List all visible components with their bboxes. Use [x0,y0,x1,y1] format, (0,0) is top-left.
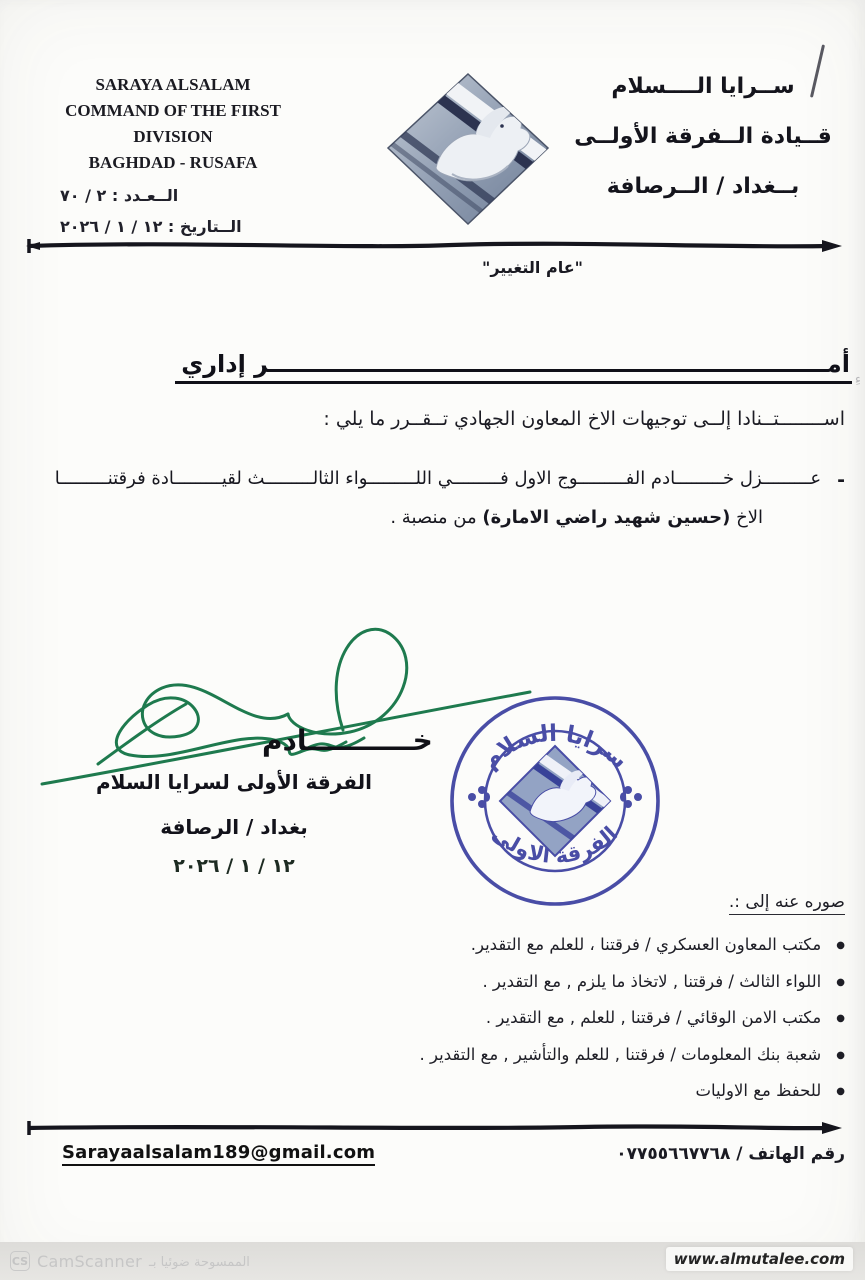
scanned-letter-page: SARAYA ALSALAM COMMAND OF THE FIRST DIVI… [0,0,865,1280]
cc-list: ● مكتب المعاون العسكري / فرقتنا ، للعلم … [120,928,845,1111]
letterhead-line: DIVISION [48,124,298,150]
motto-text: "عام التغيير" [200,258,865,277]
cc-item-text: اللواء الثالث / فرقتنا , لاتخاذ ما يلزم … [482,965,821,999]
order-line-2: الاخ (حسين شهيد راضي الامارة) من منصبة . [22,507,845,528]
letterhead-arabic: ســرايا الــــسلام قــيادة الــفرقة الأو… [560,62,846,212]
order-line-2-prefix: الاخ [730,507,763,528]
email-address: Sarayaalsalam189@gmail.com [62,1142,375,1166]
cc-item-text: مكتب الامن الوقائي / فرقتنا , للعلم , مع… [486,1001,821,1035]
letterhead-line: قــيادة الــفرقة الأولــى [560,112,846,162]
letterhead-line: ســرايا الــــسلام [560,62,846,112]
order-body: - عـــــــــزل خـــــــــادم الفــــــــ… [22,468,845,528]
edge-smudge: ءِ [855,372,861,387]
cc-item: ● اللواء الثالث / فرقتنا , لاتخاذ ما يلز… [120,965,845,1002]
bullet-icon: ● [836,1075,845,1109]
letterhead-line: COMMAND OF THE FIRST [48,98,298,124]
intro-text: اســــــــتــنادا إلــى توجيهات الاخ الم… [100,408,845,430]
dash-bullet-icon: - [837,468,845,491]
signature-date: ١٢ / ١ / ٢٠٢٦ [58,855,410,877]
cc-item: ● مكتب المعاون العسكري / فرقتنا ، للعلم … [120,928,845,965]
scanner-watermark-bar: CS CamScanner الممسوحة ضوئيا بـ www.almu… [0,1242,865,1280]
scanned-with-text: الممسوحة ضوئيا بـ [149,1253,250,1270]
bullet-icon: ● [836,1039,845,1073]
cc-item: ● مكتب الامن الوقائي / فرقتنا , للعلم , … [120,1001,845,1038]
order-line-2-suffix: من منصبة . [390,507,482,528]
order-title: أمــــــــــــــــــــــــــــــــــــــ… [175,350,852,384]
camscanner-logo-icon: CS [10,1251,30,1271]
removed-person-name: (حسين شهيد راضي الامارة) [482,507,730,528]
phone-number: رقم الهاتف / ٠٧٧٥٥٦٦٧٧٦٨ [616,1144,845,1164]
camscanner-name: CamScanner [37,1252,142,1271]
website-watermark: www.almutalee.com [666,1247,853,1271]
divider-arrow-line [22,238,844,254]
cc-item: ● شعبة بنك المعلومات / فرقتنا , للعلم وا… [120,1038,845,1075]
bullet-icon: ● [836,1002,845,1036]
signature-block: الفرقة الأولى لسرايا السلام بغداد / الرص… [58,770,410,877]
camscanner-watermark: CS CamScanner الممسوحة ضوئيا بـ [10,1251,250,1271]
cc-item: ● للحفظ مع الاوليات [120,1074,845,1111]
letterhead-line: BAGHDAD - RUSAFA [48,150,298,176]
doc-number-date: الــعـدد : ٢ / ٧٠ الــتاريخ : ١٢ / ١ / ٢… [60,180,322,242]
official-round-stamp: سرايا السلام الفرقة الاولى [444,690,666,912]
letterhead-line: بــغداد / الــرصافة [560,162,846,212]
cc-item-text: مكتب المعاون العسكري / فرقتنا ، للعلم مع… [471,928,822,962]
division-emblem [378,68,558,230]
bullet-icon: ● [836,966,845,1000]
divider-arrow-line [22,1120,844,1136]
dove-emblem-icon [378,68,558,230]
order-line-1: - عـــــــــزل خـــــــــادم الفــــــــ… [22,468,845,491]
letterhead-english: SARAYA ALSALAM COMMAND OF THE FIRST DIVI… [48,72,298,176]
doc-number: الــعـدد : ٢ / ٧٠ [60,180,322,211]
cc-item-text: شعبة بنك المعلومات / فرقتنا , للعلم والت… [420,1038,822,1072]
signature-org: الفرقة الأولى لسرايا السلام [58,770,410,794]
signature-location: بغداد / الرصافة [58,815,410,839]
bullet-icon: ● [836,929,845,963]
cc-item-text: للحفظ مع الاوليات [695,1074,821,1108]
cc-heading: صوره عنه إلى :. [729,892,845,915]
letterhead-line: SARAYA ALSALAM [48,72,298,98]
order-line-1-text: عـــــــــزل خـــــــــادم الفـــــــــو… [55,468,821,489]
signatory-title: خـــــــــــادم [262,724,433,757]
